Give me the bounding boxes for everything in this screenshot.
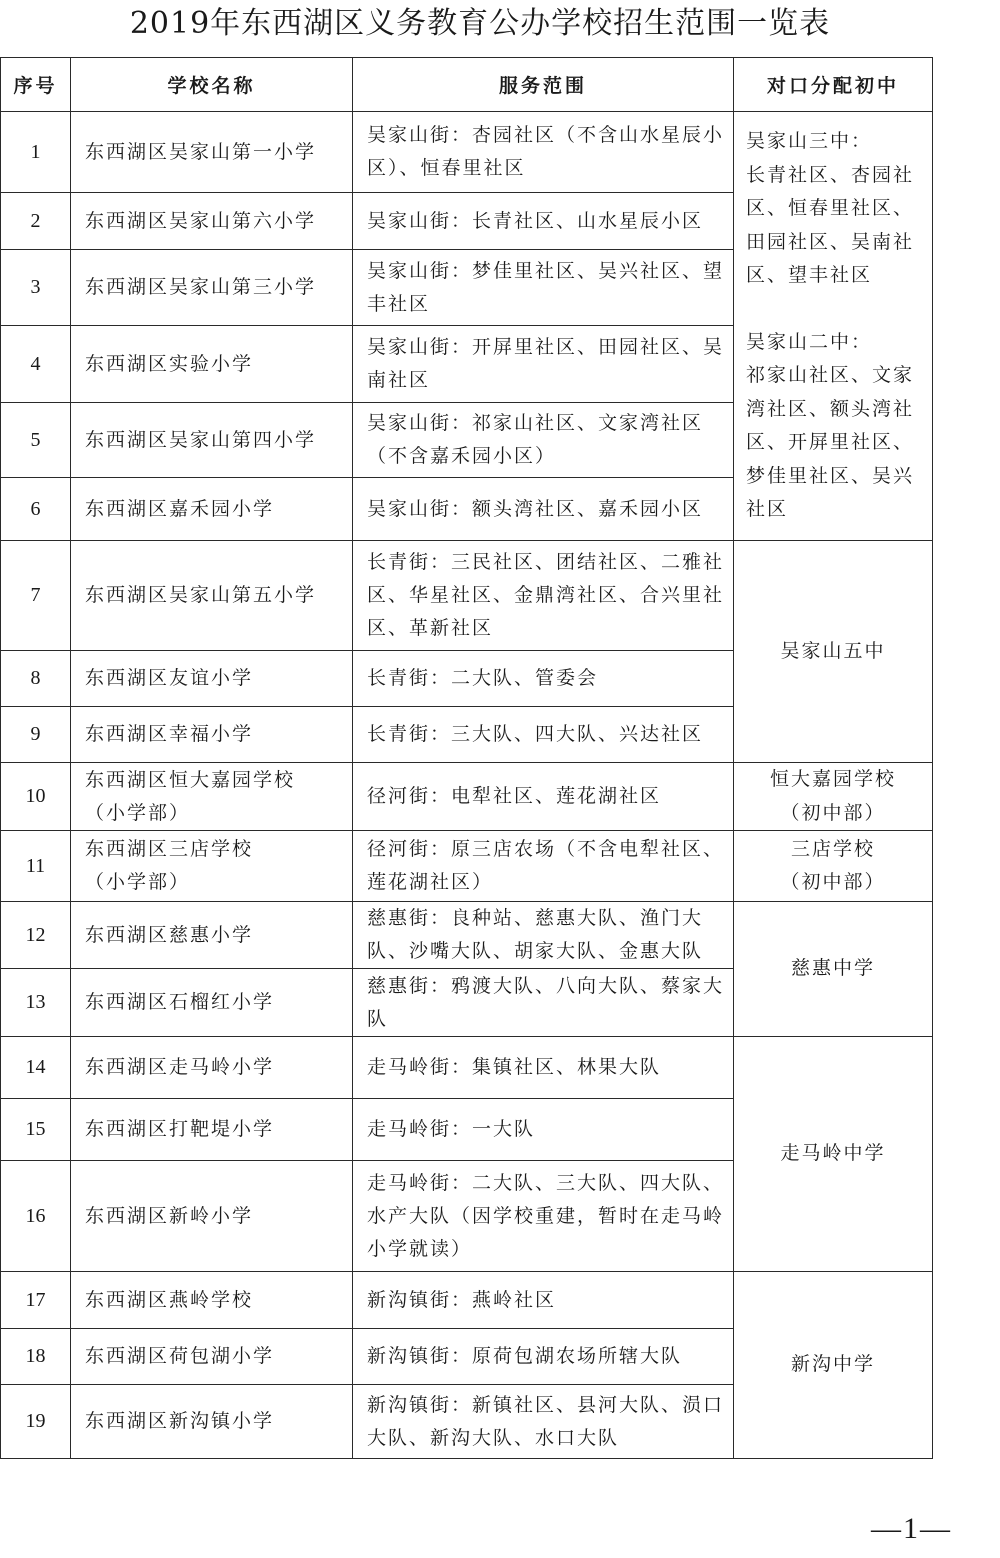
school-name: 东西湖区吴家山第六小学: [71, 193, 353, 250]
school-name: 东西湖区吴家山第三小学: [71, 250, 353, 326]
middle-school-name: 吴家山二中：: [746, 326, 924, 360]
middle-school-cell: 恒大嘉园学校 （初中部）: [734, 763, 933, 831]
row-number: 4: [1, 326, 71, 403]
middle-school-cell: 吴家山五中: [734, 541, 933, 763]
service-area: 慈惠街：鸦渡大队、八向大队、蔡家大队: [353, 969, 734, 1037]
row-number: 17: [1, 1272, 71, 1329]
middle-school-name: 吴家山三中：: [746, 125, 924, 159]
table-row: 12 东西湖区慈惠小学 慈惠街：良种站、慈惠大队、渔门大队、沙嘴大队、胡家大队、…: [1, 902, 933, 969]
school-name: 东西湖区幸福小学: [71, 707, 353, 763]
middle-school-cell: 吴家山三中： 长青社区、杏园社区、恒春里社区、田园社区、吴南社区、望丰社区 吴家…: [734, 112, 933, 541]
middle-school-cell: 走马岭中学: [734, 1037, 933, 1272]
school-name-line: （小学部）: [85, 797, 352, 830]
service-area: 慈惠街：良种站、慈惠大队、渔门大队、沙嘴大队、胡家大队、金惠大队: [353, 902, 734, 969]
school-name: 东西湖区新岭小学: [71, 1161, 353, 1272]
row-number: 3: [1, 250, 71, 326]
enrollment-table: 序号 学校名称 服务范围 对口分配初中 1 东西湖区吴家山第一小学 吴家山街：杏…: [0, 57, 933, 1459]
service-area: 径河街：原三店农场（不含电犁社区、莲花湖社区）: [353, 831, 734, 902]
school-name: 东西湖区恒大嘉园学校 （小学部）: [71, 763, 353, 831]
row-number: 12: [1, 902, 71, 969]
middle-school-cell: 新沟中学: [734, 1272, 933, 1459]
service-area: 吴家山街：开屏里社区、田园社区、吴南社区: [353, 326, 734, 403]
table-row: 1 东西湖区吴家山第一小学 吴家山街：杏园社区（不含山水星辰小区）、恒春里社区 …: [1, 112, 933, 193]
row-number: 7: [1, 541, 71, 651]
service-area: 走马岭街：一大队: [353, 1099, 734, 1161]
row-number: 16: [1, 1161, 71, 1272]
school-name: 东西湖区慈惠小学: [71, 902, 353, 969]
row-number: 8: [1, 651, 71, 707]
header-area: 服务范围: [353, 58, 734, 112]
header-middle: 对口分配初中: [734, 58, 933, 112]
row-number: 19: [1, 1385, 71, 1459]
school-name: 东西湖区石榴红小学: [71, 969, 353, 1037]
service-area: 新沟镇街：燕岭社区: [353, 1272, 734, 1329]
middle-school-cell: 三店学校 （初中部）: [734, 831, 933, 902]
service-area: 吴家山街：祁家山社区、文家湾社区（不含嘉禾园小区）: [353, 403, 734, 478]
document-title: 2019年东西湖区义务教育公办学校招生范围一览表: [0, 4, 960, 44]
page-number: —1—: [871, 1512, 952, 1546]
row-number: 1: [1, 112, 71, 193]
row-number: 18: [1, 1329, 71, 1385]
middle-school-division: （初中部）: [734, 797, 932, 831]
school-name-line: （小学部）: [85, 866, 352, 899]
school-name: 东西湖区吴家山第四小学: [71, 403, 353, 478]
service-area: 长青街：二大队、管委会: [353, 651, 734, 707]
table-row: 7 东西湖区吴家山第五小学 长青街：三民社区、团结社区、二雅社区、华星社区、金鼎…: [1, 541, 933, 651]
school-name: 东西湖区吴家山第一小学: [71, 112, 353, 193]
middle-school-name: 三店学校: [734, 833, 932, 867]
service-area: 吴家山街：额头湾社区、嘉禾园小区: [353, 478, 734, 541]
school-name: 东西湖区吴家山第五小学: [71, 541, 353, 651]
header-no: 序号: [1, 58, 71, 112]
service-area: 径河街：电犁社区、莲花湖社区: [353, 763, 734, 831]
middle-school-name: 恒大嘉园学校: [734, 763, 932, 797]
service-area: 走马岭街：集镇社区、林果大队: [353, 1037, 734, 1099]
row-number: 9: [1, 707, 71, 763]
middle-school-communities: 祁家山社区、文家湾社区、额头湾社区、开屏里社区、梦佳里社区、吴兴社区: [746, 359, 924, 527]
school-name: 东西湖区实验小学: [71, 326, 353, 403]
row-number: 5: [1, 403, 71, 478]
service-area: 吴家山街：梦佳里社区、吴兴社区、望丰社区: [353, 250, 734, 326]
service-area: 走马岭街：二大队、三大队、四大队、水产大队（因学校重建，暂时在走马岭小学就读）: [353, 1161, 734, 1272]
table-row: 17 东西湖区燕岭学校 新沟镇街：燕岭社区 新沟中学: [1, 1272, 933, 1329]
service-area: 长青街：三民社区、团结社区、二雅社区、华星社区、金鼎湾社区、合兴里社区、革新社区: [353, 541, 734, 651]
school-name-line: 东西湖区三店学校: [85, 833, 352, 866]
table-row: 10 东西湖区恒大嘉园学校 （小学部） 径河街：电犁社区、莲花湖社区 恒大嘉园学…: [1, 763, 933, 831]
middle-school-communities: 长青社区、杏园社区、恒春里社区、田园社区、吴南社区、望丰社区: [746, 159, 924, 293]
row-number: 10: [1, 763, 71, 831]
school-name: 东西湖区荷包湖小学: [71, 1329, 353, 1385]
service-area: 吴家山街：长青社区、山水星辰小区: [353, 193, 734, 250]
school-name: 东西湖区嘉禾园小学: [71, 478, 353, 541]
row-number: 13: [1, 969, 71, 1037]
school-name: 东西湖区新沟镇小学: [71, 1385, 353, 1459]
row-number: 14: [1, 1037, 71, 1099]
middle-school-division: （初中部）: [734, 866, 932, 900]
service-area: 新沟镇街：新镇社区、县河大队、涢口大队、新沟大队、水口大队: [353, 1385, 734, 1459]
table-header-row: 序号 学校名称 服务范围 对口分配初中: [1, 58, 933, 112]
school-name: 东西湖区三店学校 （小学部）: [71, 831, 353, 902]
row-number: 15: [1, 1099, 71, 1161]
school-name: 东西湖区打靶堤小学: [71, 1099, 353, 1161]
middle-school-cell: 慈惠中学: [734, 902, 933, 1037]
row-number: 2: [1, 193, 71, 250]
school-name: 东西湖区走马岭小学: [71, 1037, 353, 1099]
row-number: 6: [1, 478, 71, 541]
table-row: 11 东西湖区三店学校 （小学部） 径河街：原三店农场（不含电犁社区、莲花湖社区…: [1, 831, 933, 902]
service-area: 新沟镇街：原荷包湖农场所辖大队: [353, 1329, 734, 1385]
school-name: 东西湖区燕岭学校: [71, 1272, 353, 1329]
school-name-line: 东西湖区恒大嘉园学校: [85, 764, 352, 797]
table-row: 14 东西湖区走马岭小学 走马岭街：集镇社区、林果大队 走马岭中学: [1, 1037, 933, 1099]
service-area: 长青街：三大队、四大队、兴达社区: [353, 707, 734, 763]
row-number: 11: [1, 831, 71, 902]
header-school: 学校名称: [71, 58, 353, 112]
service-area: 吴家山街：杏园社区（不含山水星辰小区）、恒春里社区: [353, 112, 734, 193]
school-name: 东西湖区友谊小学: [71, 651, 353, 707]
